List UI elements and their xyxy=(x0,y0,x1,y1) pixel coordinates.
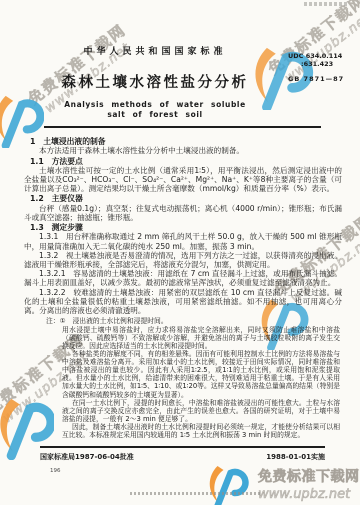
up-logo-icon xyxy=(190,458,260,505)
page-number: 196 xyxy=(50,468,61,474)
standard-code: GB 7871—87 xyxy=(288,75,352,83)
header-divider xyxy=(44,126,321,128)
document-body: 1 土壤浸出液的制备 本方法适用于森林土壤水溶性盐分分析中土壤浸出液的制备。 1… xyxy=(24,136,342,439)
section-heading-1-3: 1.3 测定步骤 xyxy=(30,223,342,232)
footer: 国家标准局1987-06-04批准 1988-01-01实施 xyxy=(40,452,325,462)
udc-number: UDC 634.0.114 xyxy=(288,52,352,60)
document-header: 中华人民共和国国家标准 森林土壤水溶性盐分分析 Analysis methods… xyxy=(40,44,270,120)
approval-date: 国家标准局1987-06-04批准 xyxy=(40,452,134,462)
standard-authority: 中华人民共和国国家标准 xyxy=(40,44,270,57)
implementation-date: 1988-01-01实施 xyxy=(266,452,325,462)
section-heading-1-2: 1.2 主要仪器 xyxy=(30,194,342,203)
scan-artifact xyxy=(130,492,262,495)
note-paragraph: 用水浸提土壤中易溶盐时，应力求将易溶盐完全溶解出来，同时又须防止难溶盐和中溶盐（… xyxy=(62,326,340,350)
paragraph: 台秤（感量0.1g）；真空泵；往复式电动振荡机；离心机（4000 r/min）；… xyxy=(24,204,342,222)
footer-divider xyxy=(40,446,325,448)
paragraph-1-3-2-1: 1.3.2.1 容易滤清的土壤悬浊液：用滤纸在 7 cm 直径漏斗上过滤，或用布… xyxy=(24,269,342,287)
document-title: 森林土壤水溶性盐分分析 xyxy=(40,71,270,92)
paragraph-1-3-1: 1.3.1 用台秤准确称取通过 2 mm 筛孔的风干土样 50.0 g，放入干燥… xyxy=(24,232,342,250)
section-heading-1-1: 1.1 方法要点 xyxy=(30,157,342,166)
paragraph: 土壤水溶性盐可按一定的土水比例（通常采用1∶5），用平衡法浸出，然后测定浸出液中… xyxy=(24,166,342,194)
document-title-english: Analysis methods of water soluble salt o… xyxy=(40,100,270,120)
paragraph-1-3-2: 1.3.2 视土壤悬浊液是否易澄清的情况，选用下列方法之一过滤，以获得清亮的浸出… xyxy=(24,251,342,269)
note-paragraph: 各种盐类的溶解度不同，有的相差悬殊。因而有可能利用控制水土比例的方法将易溶盐与中… xyxy=(62,350,340,399)
note-paragraph: 在同一土水比例下，浸提的时间愈长，中溶盐和难溶盐被浸出的可能性愈大。土粒与水溶液… xyxy=(62,399,340,423)
watermark-site-url: www.upbz.net xyxy=(258,487,360,502)
udc-number-2: :631.423 xyxy=(288,60,352,68)
paragraph: 本方法适用于森林土壤水溶性盐分分析中土壤浸出液的制备。 xyxy=(24,146,342,155)
scan-artifact xyxy=(304,2,348,6)
watermark-bottom-right: 免费标准下载网 www.upbz.net xyxy=(258,466,360,502)
paragraph-1-3-2-2: 1.3.2.2 较难滤清的土壤悬浊液：用紧密的双层滤纸在 10 cm 直径漏斗上… xyxy=(24,288,342,316)
section-heading-1: 1 土壤浸出液的制备 xyxy=(30,137,342,146)
note-label: 注：① 浸出液的土水比例和浸提时间。 xyxy=(46,317,342,326)
note-paragraph: 因此，制备土壤水浸出液时的土水比例和浸提时间必须统一规定，才能使分析结果可以相互… xyxy=(62,423,340,439)
watermark-site-name: 免费标准下载网 xyxy=(258,466,360,486)
standard-document-page: 免费标准下载网 www.upbz.net 免费标准下载网 www.upbz.ne… xyxy=(0,0,360,505)
udc-block: UDC 634.0.114 :631.423 GB 7871—87 xyxy=(288,52,352,83)
